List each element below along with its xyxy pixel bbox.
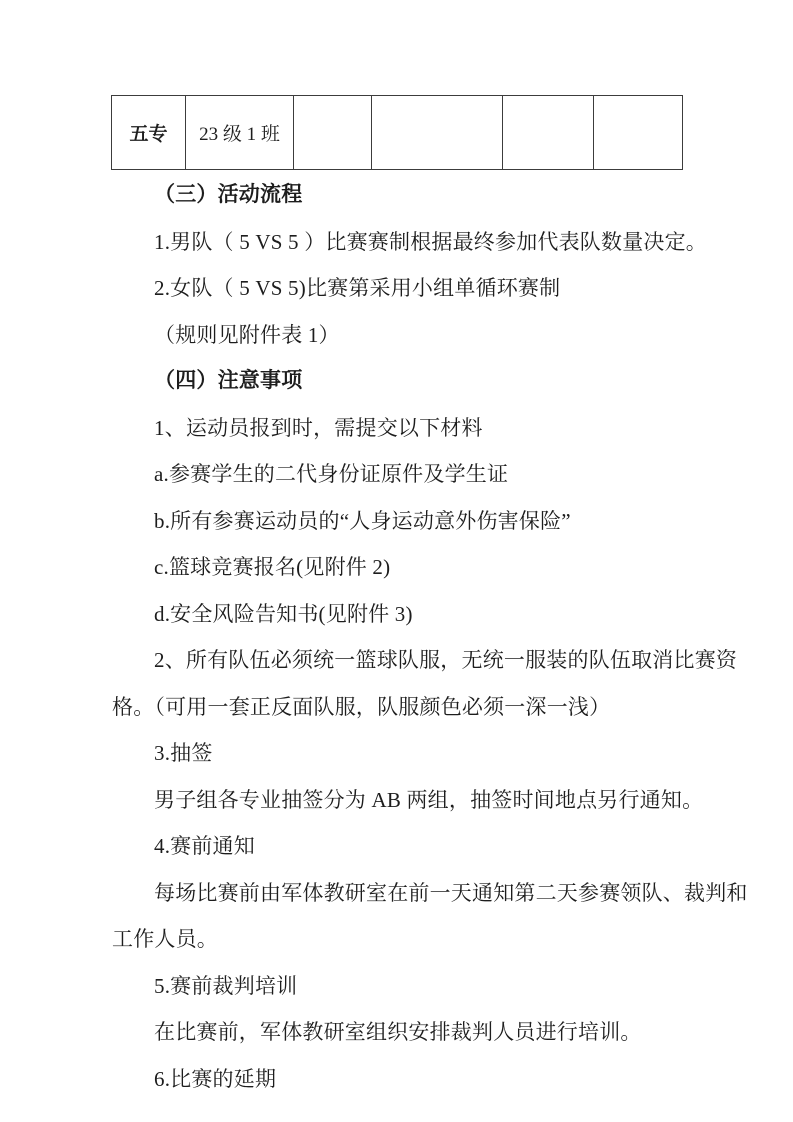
section-heading-activity-flow: （三）活动流程: [112, 172, 690, 219]
table-cell-empty: [503, 96, 594, 170]
table-cell-category: 五专: [112, 96, 186, 170]
doc-line: c.篮球竞赛报名(见附件 2): [112, 544, 690, 591]
doc-line: 每场比赛前由军体教研室在前一天通知第二天参赛领队、裁判和: [112, 870, 690, 917]
doc-line: 男子组各专业抽签分为 AB 两组，抽签时间地点另行通知。: [112, 777, 690, 824]
table-row: 五专 23 级 1 班: [112, 96, 683, 170]
doc-line: 1.男队（ 5 VS 5 ）比赛赛制根据最终参加代表队数量决定。: [112, 219, 690, 266]
doc-line: 6.比赛的延期: [112, 1056, 690, 1103]
doc-line: 在比赛前，军体教研室组织安排裁判人员进行培训。: [112, 1009, 690, 1056]
table-cell-empty: [372, 96, 503, 170]
doc-line: 1、运动员报到时，需提交以下材料: [112, 405, 690, 452]
document-body: （三）活动流程 1.男队（ 5 VS 5 ）比赛赛制根据最终参加代表队数量决定。…: [112, 172, 690, 1102]
doc-line-wrap: 工作人员。: [112, 916, 690, 963]
table-cell-empty: [594, 96, 683, 170]
doc-line: （规则见附件表 1）: [112, 312, 690, 359]
doc-line: 4.赛前通知: [112, 823, 690, 870]
doc-line: 5.赛前裁判培训: [112, 963, 690, 1010]
section-heading-notes: （四）注意事项: [112, 358, 690, 405]
table-cell-class: 23 级 1 班: [186, 96, 294, 170]
document-page: 五专 23 级 1 班 （三）活动流程 1.男队（ 5 VS 5 ）比赛赛制根据…: [0, 0, 793, 1122]
class-table: 五专 23 级 1 班: [111, 95, 683, 170]
doc-line: 2、所有队伍必须统一篮球队服，无统一服装的队伍取消比赛资: [112, 637, 690, 684]
doc-line: a.参赛学生的二代身份证原件及学生证: [112, 451, 690, 498]
table-cell-empty: [294, 96, 372, 170]
doc-line: b.所有参赛运动员的“人身运动意外伤害保险”: [112, 498, 690, 545]
doc-line: d.安全风险告知书(见附件 3): [112, 591, 690, 638]
doc-line-wrap: 格。（可用一套正反面队服，队服颜色必须一深一浅）: [112, 684, 690, 731]
doc-line: 2.女队（ 5 VS 5)比赛第采用小组单循环赛制: [112, 265, 690, 312]
doc-line: 3.抽签: [112, 730, 690, 777]
